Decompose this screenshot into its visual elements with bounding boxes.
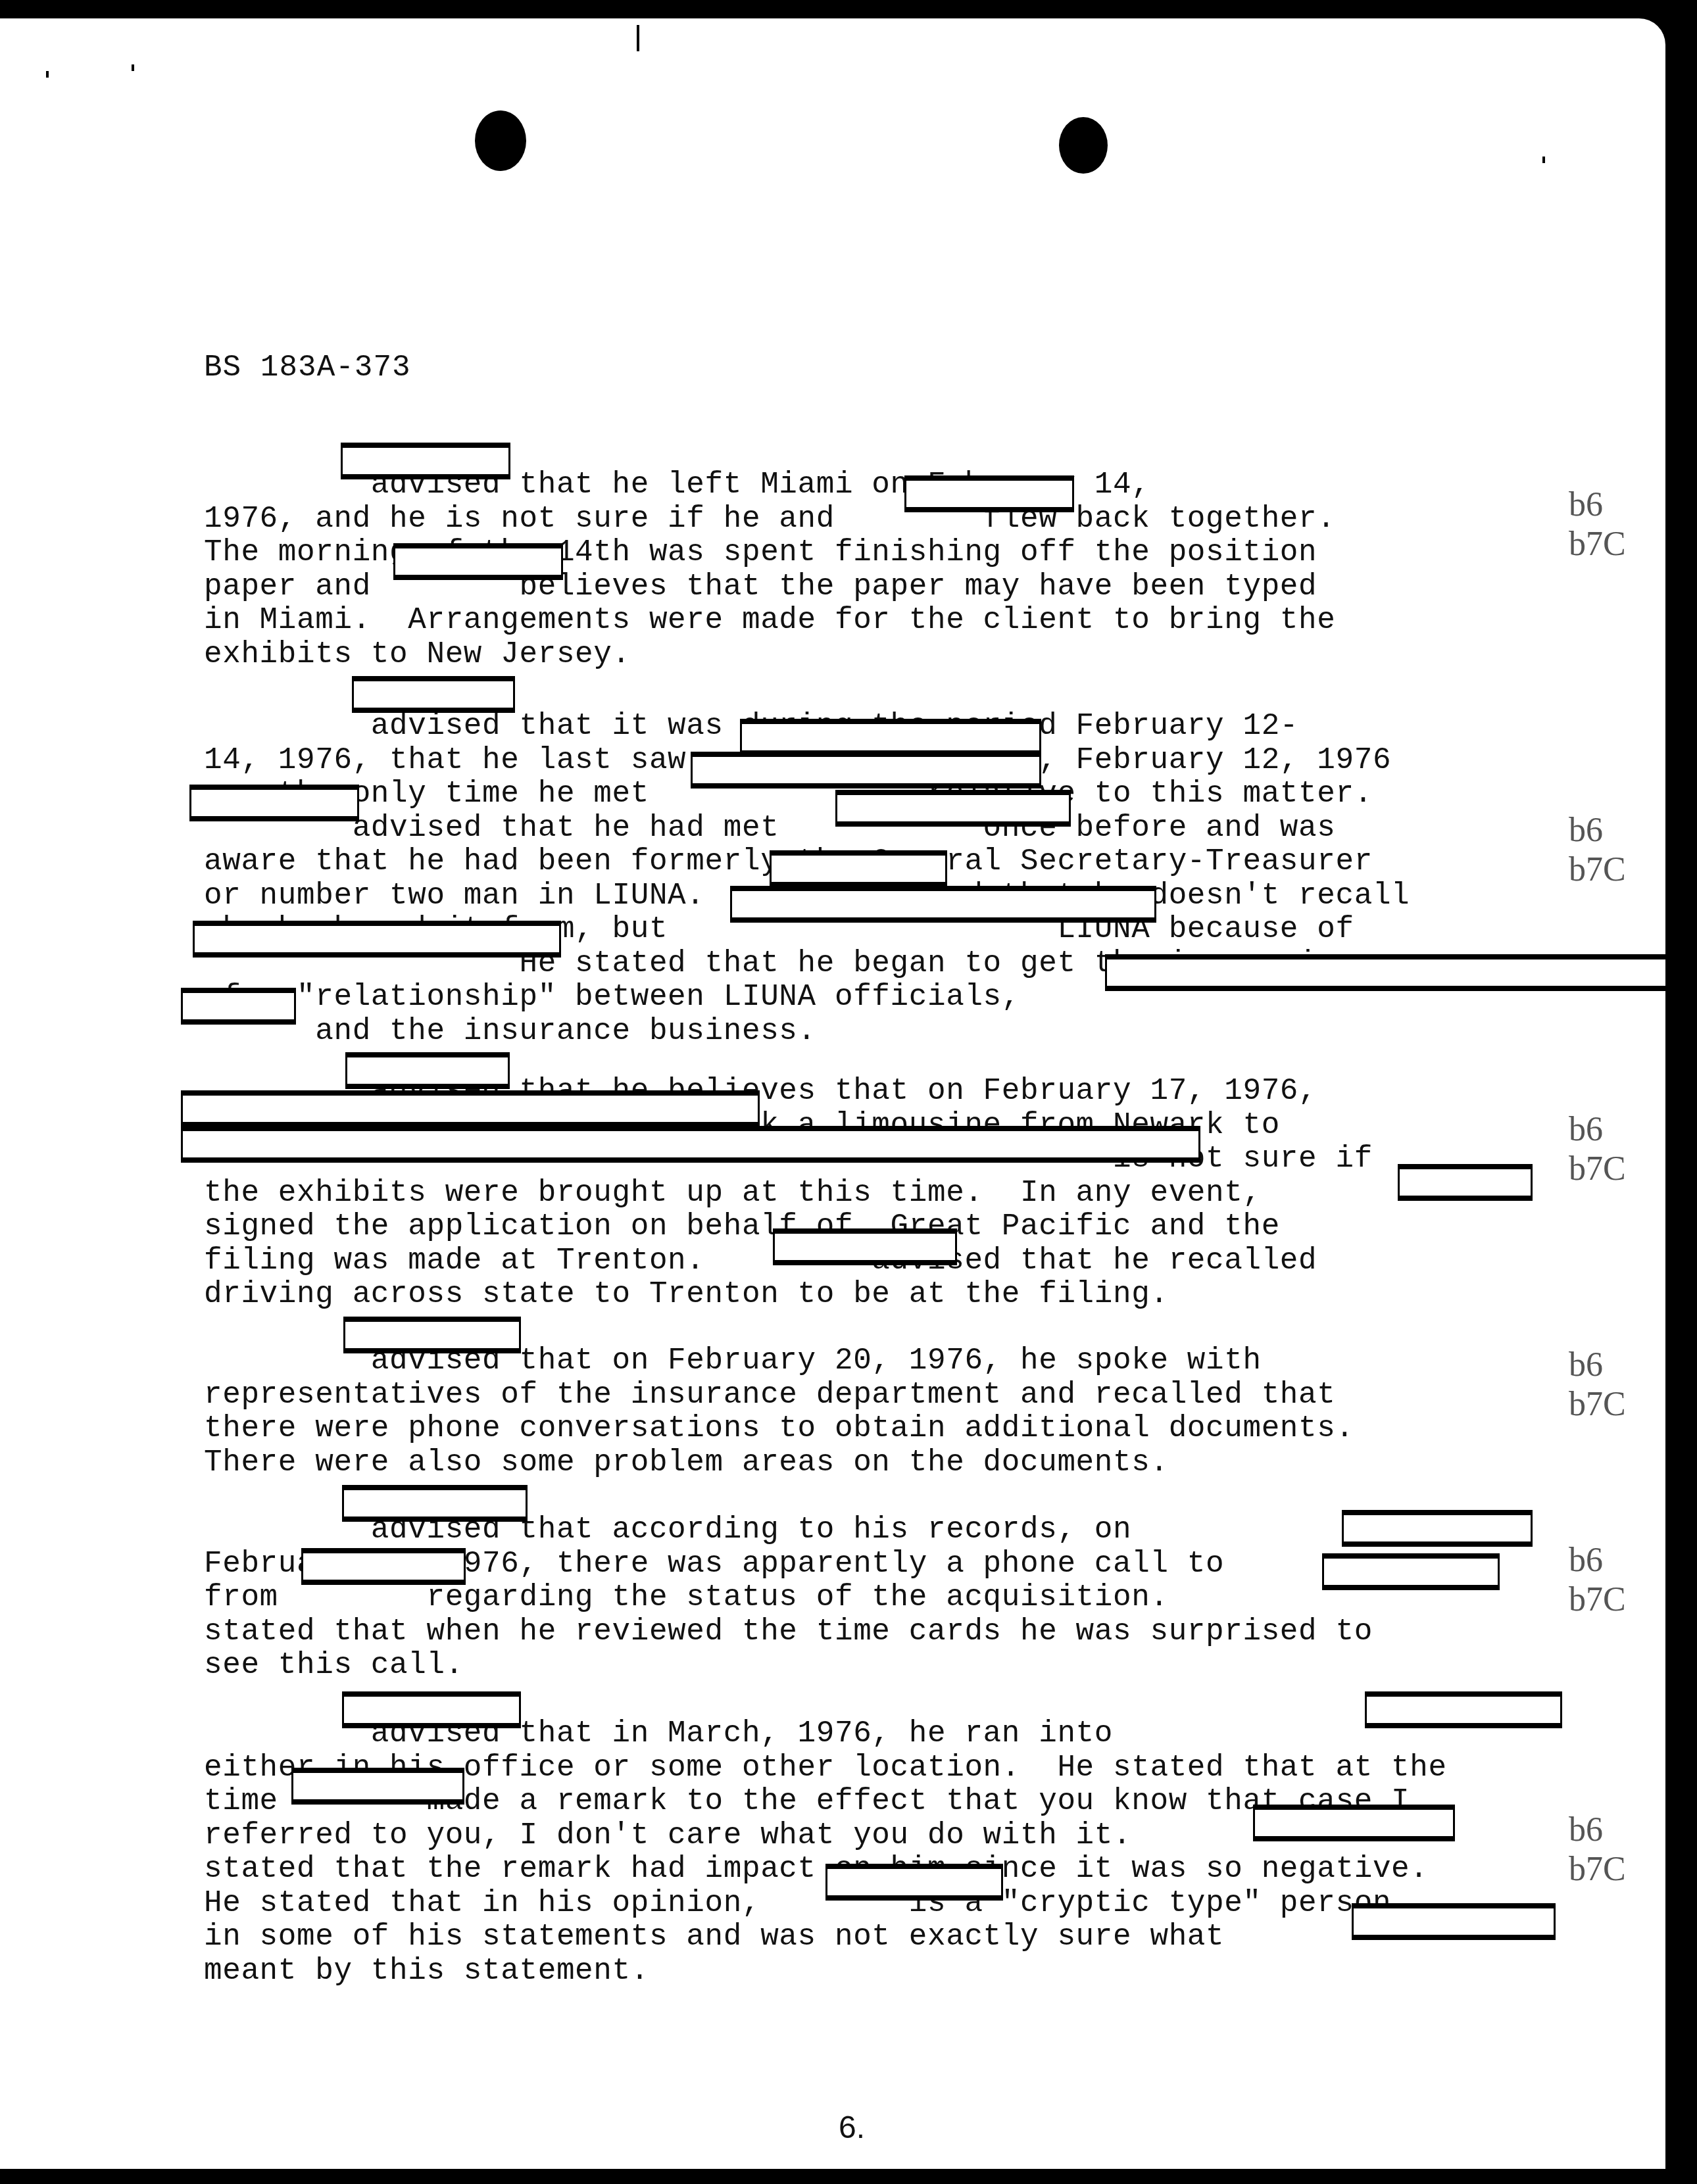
text-line: There were also some problem areas on th…	[204, 1445, 1169, 1480]
redaction-box	[1105, 954, 1665, 991]
redaction-box	[730, 886, 1156, 923]
document-page: BS 183A-373 advised that he left Miami o…	[0, 18, 1665, 2169]
exemption-code: b7C	[1569, 1850, 1626, 1889]
redaction-box	[342, 1485, 528, 1522]
exemption-code: b7C	[1569, 1385, 1626, 1424]
text-line: in Miami. Arrangements were made for the…	[204, 603, 1335, 637]
text-line: stated that the remark had impact on him…	[204, 1852, 1429, 1886]
exemption-code: b6	[1569, 1110, 1626, 1150]
exemption-code: b7C	[1569, 1580, 1626, 1620]
text-line: signed the application on behalf of Grea…	[204, 1209, 1280, 1244]
foia-exemption-codes: b6b7C	[1569, 1541, 1626, 1620]
text-line: of a "relationship" between LIUNA offici…	[204, 980, 1020, 1014]
exemption-code: b6	[1569, 485, 1626, 525]
redaction-box	[181, 1090, 760, 1127]
text-line: paper and believes that the paper may ha…	[204, 570, 1317, 604]
text-line: exhibits to New Jersey.	[204, 637, 631, 671]
text-line: the exhibits were brought up at this tim…	[204, 1176, 1262, 1210]
file-number: BS 183A-373	[204, 351, 411, 385]
text-line: meant by this statement.	[204, 1954, 649, 1988]
exemption-code: b7C	[1569, 525, 1626, 564]
text-line: He stated that in his opinion, is a "cry…	[204, 1886, 1391, 1920]
redaction-box	[301, 1548, 466, 1585]
text-line: driving across state to Trenton to be at…	[204, 1277, 1169, 1311]
text-line: advised that he had met once before and …	[204, 811, 1335, 845]
redaction-box	[835, 790, 1071, 827]
redaction-box	[740, 719, 1041, 756]
text-line: 1976, and he is not sure if he and flew …	[204, 502, 1335, 536]
text-line: filing was made at Trenton. advised that…	[204, 1244, 1317, 1278]
exemption-code: b6	[1569, 811, 1626, 850]
foia-exemption-codes: b6b7C	[1569, 1810, 1626, 1889]
exemption-code: b6	[1569, 1810, 1626, 1850]
redaction-box	[193, 921, 561, 958]
text-line: in some of his statements and was not ex…	[204, 1920, 1224, 1954]
punch-hole-right	[1059, 117, 1108, 174]
redaction-box	[189, 785, 359, 821]
foia-exemption-codes: b6b7C	[1569, 1110, 1626, 1189]
redaction-box	[181, 1126, 1200, 1163]
redaction-box	[691, 752, 1041, 789]
foia-exemption-codes: b6b7C	[1569, 811, 1626, 890]
redaction-box	[341, 443, 510, 479]
redaction-box	[181, 988, 296, 1025]
text-line: stated that when he reviewed the time ca…	[204, 1614, 1373, 1649]
redaction-box	[343, 1317, 521, 1353]
page-number: 6.	[839, 2110, 865, 2146]
redaction-box	[1352, 1903, 1556, 1940]
redaction-box	[1253, 1805, 1455, 1841]
redaction-box	[291, 1768, 464, 1805]
scan-speck	[46, 71, 49, 78]
redaction-box	[825, 1864, 1003, 1901]
text-line: there were phone conversations to obtain…	[204, 1411, 1354, 1445]
redaction-box	[393, 543, 563, 580]
punch-hole-left	[475, 110, 526, 171]
exemption-code: b6	[1569, 1541, 1626, 1580]
redaction-box	[904, 475, 1074, 512]
redaction-box	[1365, 1691, 1562, 1728]
redaction-box	[1398, 1164, 1533, 1201]
redaction-box	[773, 1228, 957, 1265]
text-line: representatives of the insurance departm…	[204, 1378, 1335, 1412]
foia-exemption-codes: b6b7C	[1569, 1346, 1626, 1424]
scan-speck	[132, 64, 134, 71]
text-line: advised that in March, 1976, he ran into	[204, 1716, 1113, 1751]
redaction-box	[770, 850, 947, 887]
exemption-code: b6	[1569, 1346, 1626, 1385]
redaction-box	[342, 1691, 521, 1728]
redaction-box	[345, 1052, 510, 1089]
scan-speck	[1542, 157, 1545, 163]
text-line: see this call.	[204, 1648, 464, 1682]
text-line: from regarding the status of the acquisi…	[204, 1580, 1169, 1614]
redaction-box	[352, 676, 515, 713]
foia-exemption-codes: b6b7C	[1569, 485, 1626, 564]
scan-speck	[637, 25, 639, 51]
text-line: referred to you, I don't care what you d…	[204, 1818, 1131, 1853]
redaction-box	[1322, 1553, 1500, 1590]
text-line: The morning of the 14th was spent finish…	[204, 535, 1317, 570]
exemption-code: b7C	[1569, 850, 1626, 890]
exemption-code: b7C	[1569, 1150, 1626, 1189]
redaction-box	[1342, 1510, 1533, 1547]
